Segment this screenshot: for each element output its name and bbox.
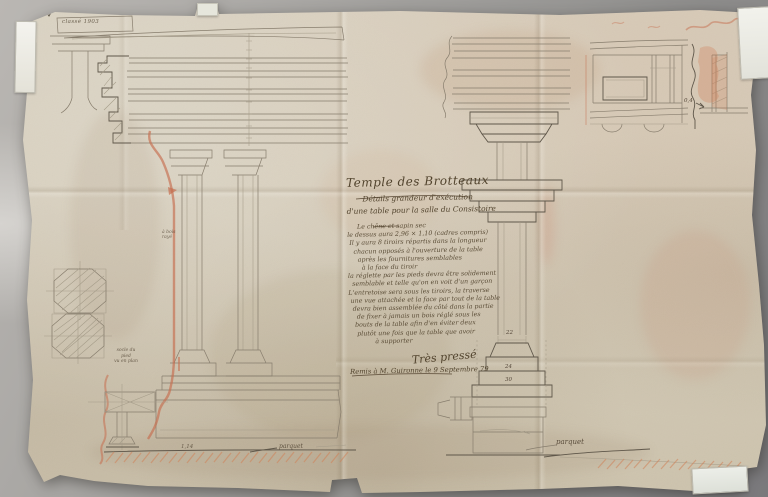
margin-note: brouillon 2/4 <box>0 229 14 269</box>
manuscript-paragraph: Le chêne et sapin sec le dessus aura 2,9… <box>347 220 528 347</box>
dim-profile-label: 0,4 <box>684 98 693 104</box>
corner-moulding-detail: 0,4 <box>586 18 748 132</box>
chalk-note-line: rayé <box>162 235 175 240</box>
sketch-caption: socle du pied vu en plan <box>100 348 152 365</box>
dimension-chain <box>246 33 252 146</box>
sketch-caption-line: vu en plan <box>100 359 152 365</box>
manuscript-title: Temple des Brotteaux <box>346 172 524 190</box>
manuscript-subtitle: Détails grandeur d'exécution <box>362 191 524 203</box>
table-side-elevation <box>98 56 348 143</box>
tape-top-tab <box>197 3 218 16</box>
tape-bottom-right <box>691 466 748 495</box>
paper-sheet: 22 24 30 0,4 classé 1903 bro <box>0 0 768 497</box>
manuscript-block: Temple des Brotteaux Détails grandeur d'… <box>346 172 528 376</box>
manuscript-subtitle: d'une table pour la salle du Consistoire <box>347 203 525 216</box>
tabletop-end-view <box>50 36 110 113</box>
ground-label-right: parquet <box>556 438 584 446</box>
red-chalk-squiggle <box>100 375 108 464</box>
photo-backdrop: 22 24 30 0,4 classé 1903 bro <box>0 0 768 497</box>
ground-hatch-left <box>106 452 348 463</box>
archive-note: classé 1903 <box>62 19 99 25</box>
paper-wrap: 22 24 30 0,4 classé 1903 bro <box>0 0 768 497</box>
column-pair <box>170 150 272 376</box>
dim-block-b-label: 30 <box>505 377 512 383</box>
chalk-note: à bois rayé <box>162 230 175 240</box>
tape-top-right <box>737 6 768 80</box>
tape-top-left <box>14 21 36 93</box>
ground-label-left: parquet <box>279 443 303 450</box>
base-platform <box>104 376 356 452</box>
tabletop-edge-view <box>64 27 344 40</box>
dim-width-label: 1,14 <box>181 444 193 450</box>
manuscript-closing: Très pressé <box>411 343 528 366</box>
